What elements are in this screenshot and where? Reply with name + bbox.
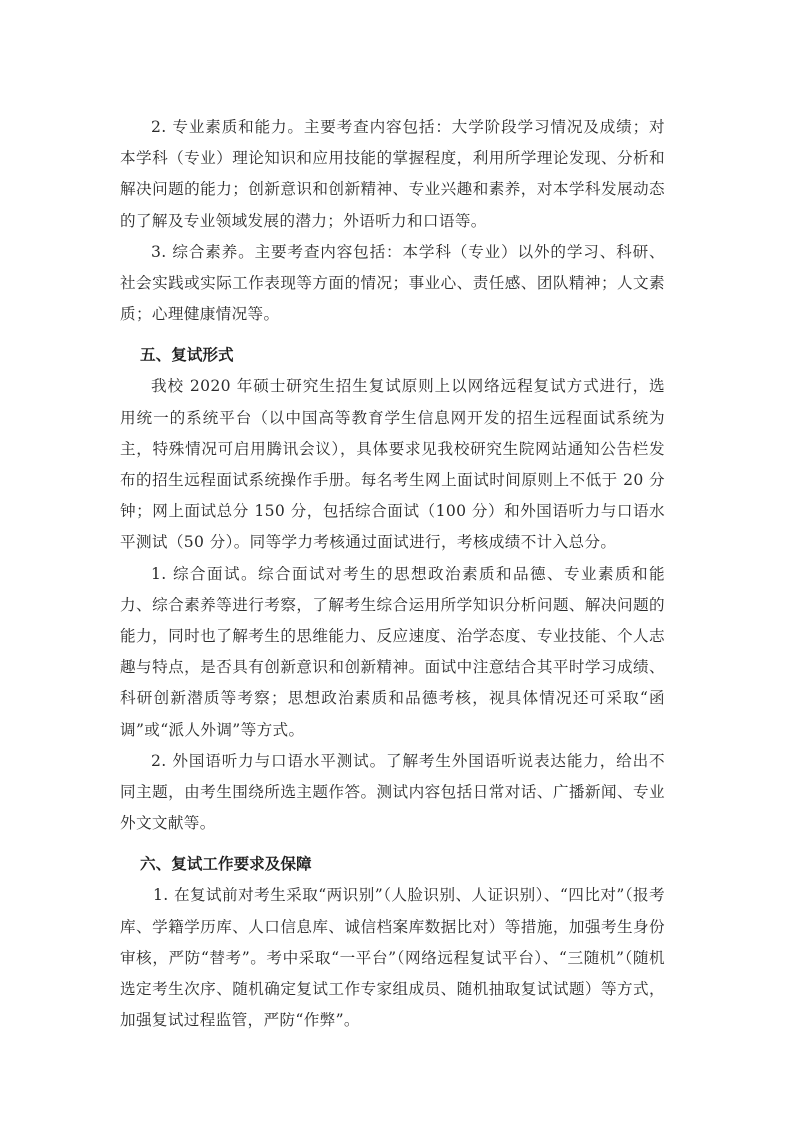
paragraph-retest-format: 我校 2020 年硕士研究生招生复试原则上以网络远程复试方式进行，选用统一的系统… <box>120 371 665 558</box>
document-page: 2. 专业素质和能力。主要考查内容包括：大学阶段学习情况及成绩；对本学科（专业）… <box>120 112 665 1036</box>
section-heading-retest-format: 五、复试形式 <box>120 340 665 371</box>
paragraph-comprehensive-interview: 1. 综合面试。综合面试对考生的思想政治素质和品德、专业素质和能力、综合素养等进… <box>120 559 665 746</box>
paragraph-comprehensive-quality: 3. 综合素养。主要考查内容包括：本学科（专业）以外的学习、科研、社会实践或实际… <box>120 237 665 331</box>
section-heading-retest-requirements: 六、复试工作要求及保障 <box>120 849 665 880</box>
paragraph-foreign-language-test: 2. 外国语听力与口语水平测试。了解考生外国语听说表达能力，给出不同主题，由考生… <box>120 746 665 840</box>
paragraph-identity-verification: 1. 在复试前对考生采取“两识别”（人脸识别、人证识别）、“四比对”（报考库、学… <box>120 880 665 1036</box>
paragraph-professional-quality: 2. 专业素质和能力。主要考查内容包括：大学阶段学习情况及成绩；对本学科（专业）… <box>120 112 665 237</box>
